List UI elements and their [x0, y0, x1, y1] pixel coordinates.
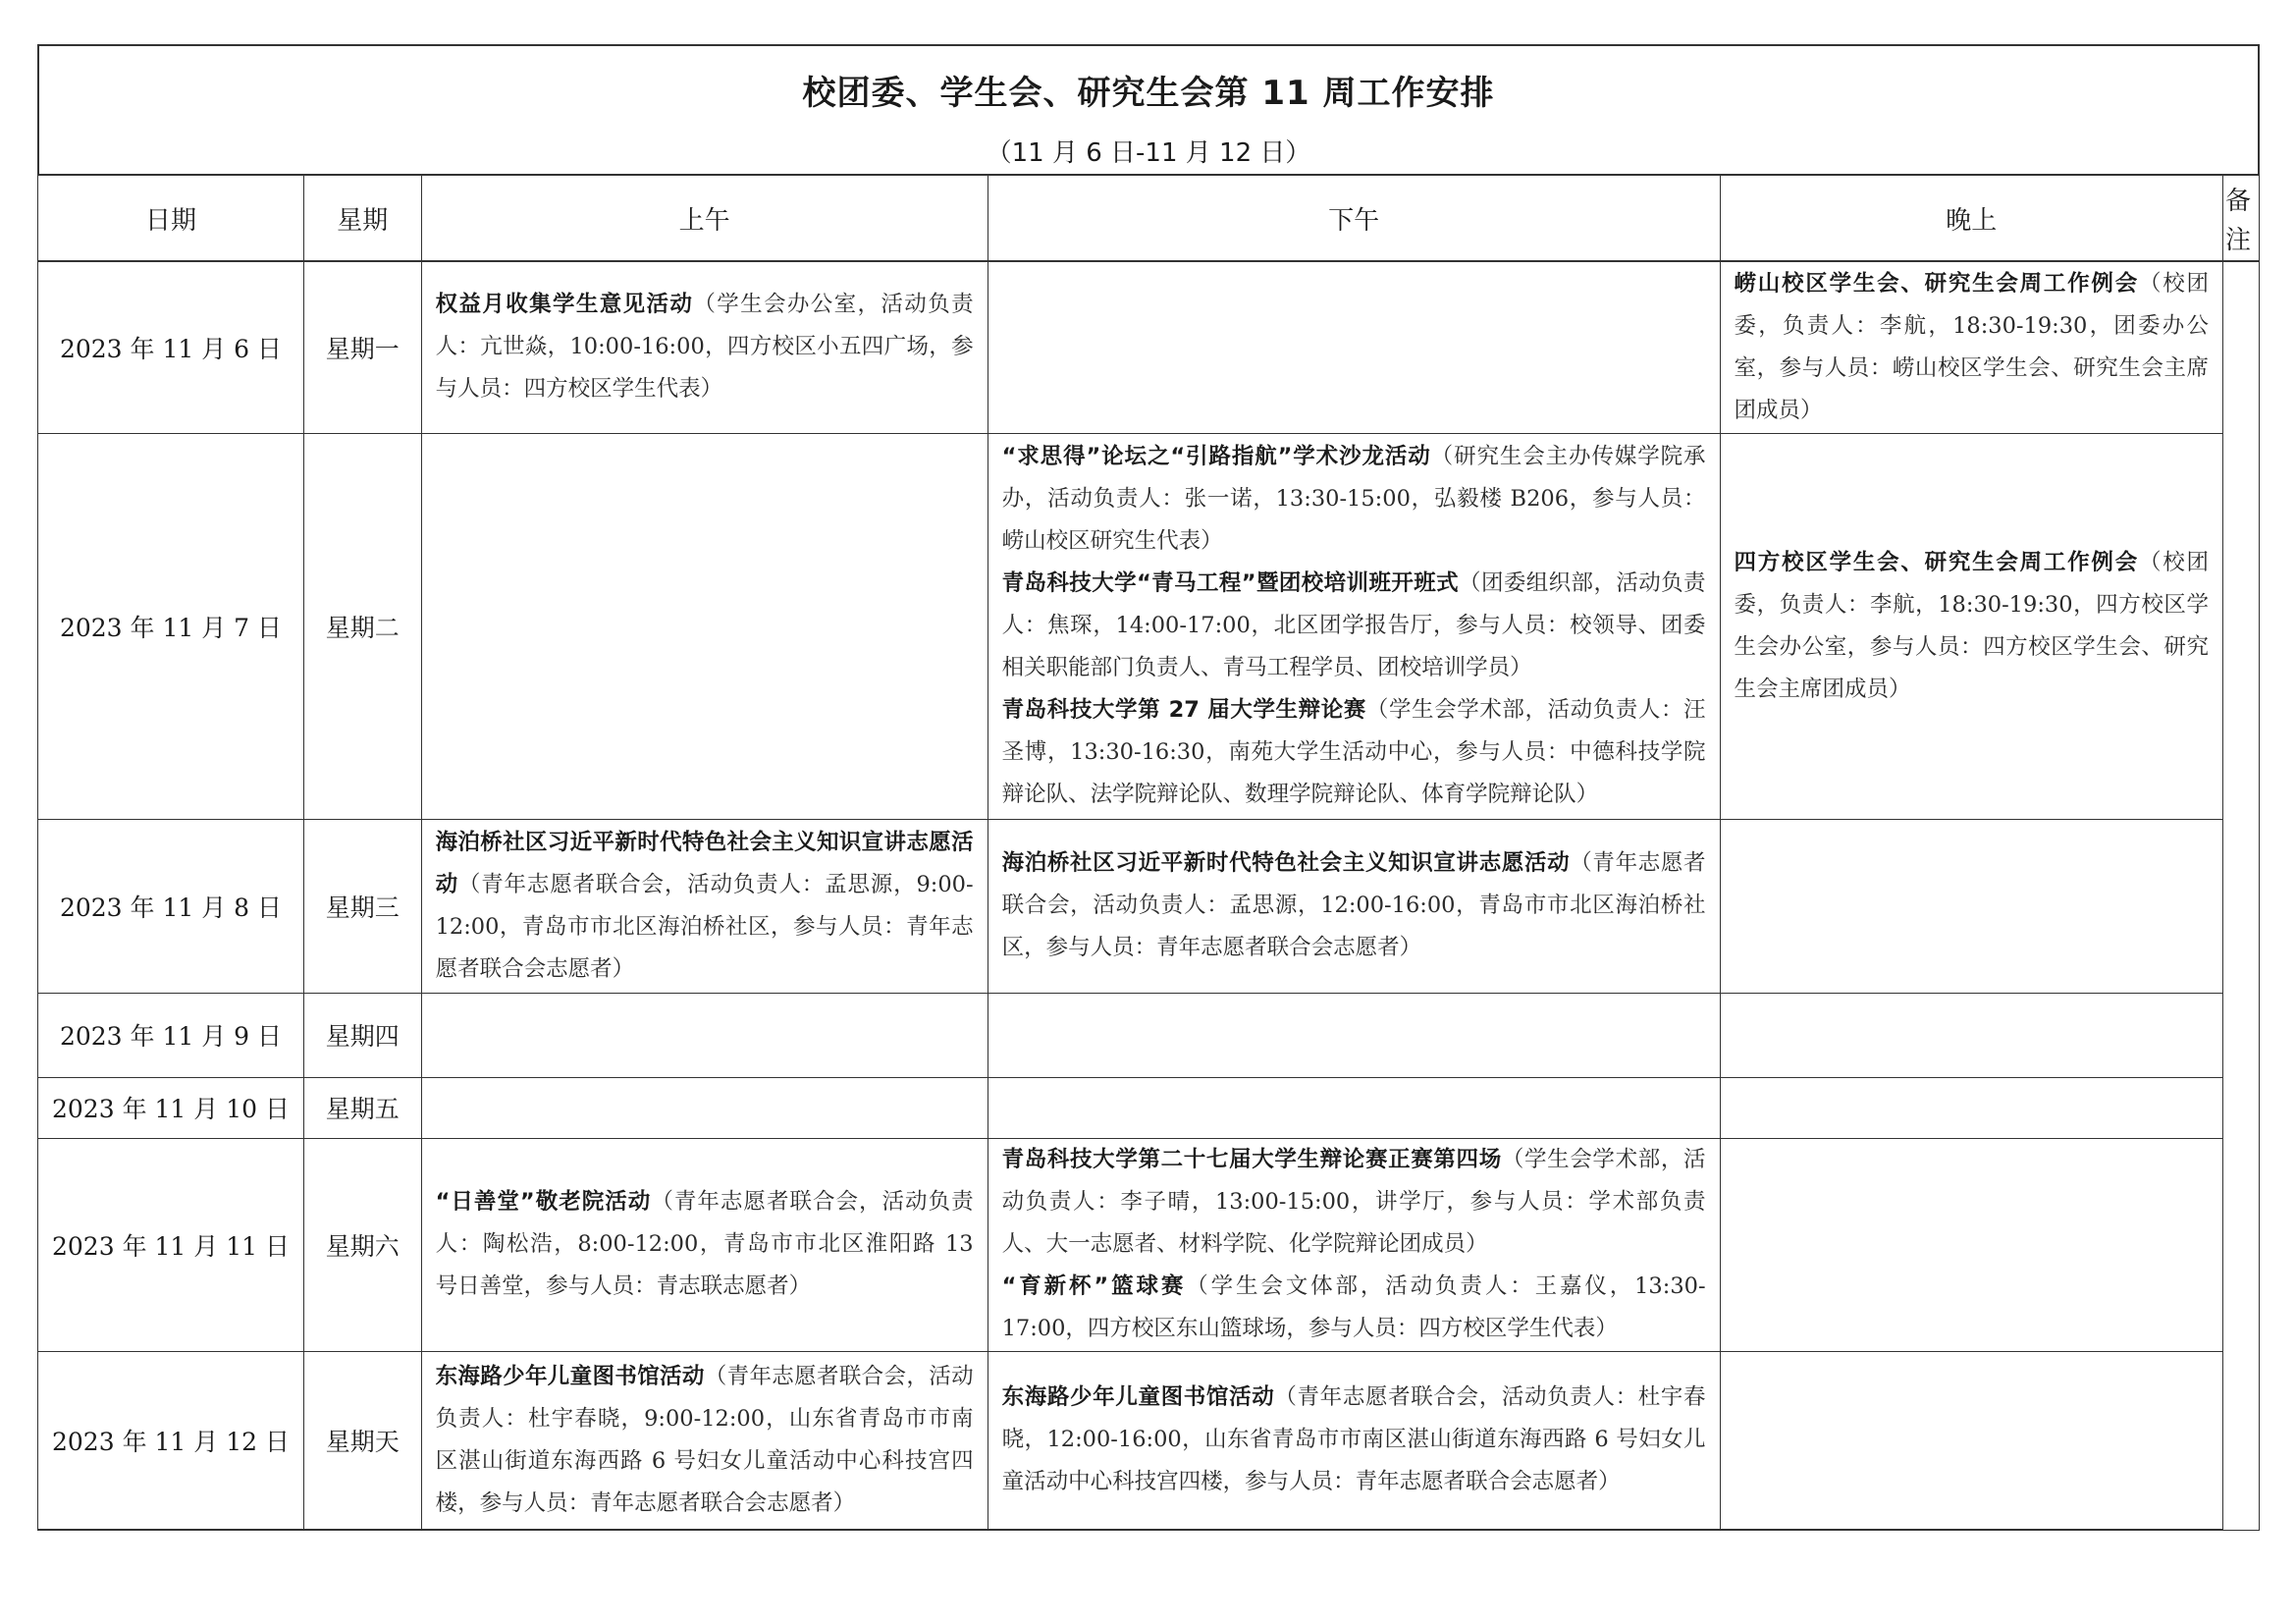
cell-evening: [1720, 1138, 2222, 1351]
activity-title: 青岛科技大学第 27 届大学生辩论赛: [1002, 697, 1366, 723]
activity-title: 东海路少年儿童图书馆活动: [1002, 1384, 1275, 1410]
cell-date: 2023 年 11 月 11 日: [38, 1138, 304, 1351]
activity-title: 海泊桥社区习近平新时代特色社会主义知识宣讲志愿活动: [1002, 850, 1571, 876]
cell-weekday: 星期天: [303, 1351, 421, 1530]
cell-afternoon: “求思得”论坛之“引路指航”学术沙龙活动（研究生会主办传媒学院承办，活动负责人：…: [988, 433, 1720, 819]
cell-date: 2023 年 11 月 10 日: [38, 1077, 304, 1138]
cell-weekday: 星期五: [303, 1077, 421, 1138]
activity-entry: 海泊桥社区习近平新时代特色社会主义知识宣讲志愿活动（青年志愿者联合会，活动负责人…: [1002, 842, 1706, 969]
activity-entry: 海泊桥社区习近平新时代特色社会主义知识宣讲志愿活动（青年志愿者联合会，活动负责人…: [436, 822, 974, 991]
table-row: 2023 年 11 月 8 日星期三海泊桥社区习近平新时代特色社会主义知识宣讲志…: [38, 819, 2260, 993]
activity-entry: 权益月收集学生意见活动（学生会办公室，活动负责人：亢世焱，10:00-16:00…: [436, 284, 974, 410]
title-box: 校团委、学生会、研究生会第 11 周工作安排 （11 月 6 日-11 月 12…: [37, 44, 2260, 174]
activity-entry: “求思得”论坛之“引路指航”学术沙龙活动（研究生会主办传媒学院承办，活动负责人：…: [1002, 436, 1706, 563]
activity-title: 权益月收集学生意见活动: [436, 292, 694, 317]
cell-date: 2023 年 11 月 12 日: [38, 1351, 304, 1530]
header-row: 日期 星期 上午 下午 晚上 备注: [38, 175, 2260, 261]
activity-title: 崂山校区学生会、研究生会周工作例会: [1735, 271, 2139, 297]
table-row: 2023 年 11 月 11 日星期六“日善堂”敬老院活动（青年志愿者联合会，活…: [38, 1138, 2260, 1351]
cell-weekday: 星期六: [303, 1138, 421, 1351]
cell-morning: [421, 1077, 988, 1138]
cell-evening: 四方校区学生会、研究生会周工作例会（校团委，负责人：李航，18:30-19:30…: [1720, 433, 2222, 819]
cell-afternoon: [988, 993, 1720, 1077]
activity-title: 东海路少年儿童图书馆活动: [436, 1364, 705, 1389]
cell-morning: [421, 433, 988, 819]
activity-entry: 青岛科技大学“青马工程”暨团校培训班开班式（团委组织部，活动负责人：焦琛，14:…: [1002, 563, 1706, 689]
cell-date: 2023 年 11 月 9 日: [38, 993, 304, 1077]
cell-morning: “日善堂”敬老院活动（青年志愿者联合会，活动负责人：陶松浩，8:00-12:00…: [421, 1138, 988, 1351]
cell-date: 2023 年 11 月 8 日: [38, 819, 304, 993]
cell-weekday: 星期一: [303, 261, 421, 433]
header-remarks: 备注: [2223, 175, 2260, 261]
cell-evening: [1720, 1077, 2222, 1138]
activity-title: “日善堂”敬老院活动: [436, 1189, 652, 1215]
activity-title: 四方校区学生会、研究生会周工作例会: [1735, 550, 2139, 575]
cell-morning: 权益月收集学生意见活动（学生会办公室，活动负责人：亢世焱，10:00-16:00…: [421, 261, 988, 433]
schedule-table: 日期 星期 上午 下午 晚上 备注 2023 年 11 月 6 日星期一权益月收…: [37, 174, 2260, 1531]
schedule-body: 2023 年 11 月 6 日星期一权益月收集学生意见活动（学生会办公室，活动负…: [38, 261, 2260, 1530]
cell-morning: 海泊桥社区习近平新时代特色社会主义知识宣讲志愿活动（青年志愿者联合会，活动负责人…: [421, 819, 988, 993]
activity-detail: （青年志愿者联合会，活动负责人：孟思源，9:00-12:00，青岛市市北区海泊桥…: [436, 872, 974, 982]
activity-entry: “日善堂”敬老院活动（青年志愿者联合会，活动负责人：陶松浩，8:00-12:00…: [436, 1181, 974, 1308]
activity-entry: 东海路少年儿童图书馆活动（青年志愿者联合会，活动负责人：杜宇春晓，12:00-1…: [1002, 1377, 1706, 1503]
cell-afternoon: 青岛科技大学第二十七届大学生辩论赛正赛第四场（学生会学术部，活动负责人：李子晴，…: [988, 1138, 1720, 1351]
cell-evening: [1720, 1351, 2222, 1530]
activity-entry: 东海路少年儿童图书馆活动（青年志愿者联合会，活动负责人：杜宇春晓，9:00-12…: [436, 1356, 974, 1525]
cell-weekday: 星期二: [303, 433, 421, 819]
header-morning: 上午: [421, 175, 988, 261]
cell-afternoon: 东海路少年儿童图书馆活动（青年志愿者联合会，活动负责人：杜宇春晓，12:00-1…: [988, 1351, 1720, 1530]
activity-entry: “育新杯”篮球赛（学生会文体部，活动负责人：王嘉仪，13:30-17:00，四方…: [1002, 1266, 1706, 1350]
cell-date: 2023 年 11 月 7 日: [38, 433, 304, 819]
cell-evening: [1720, 819, 2222, 993]
header-weekday: 星期: [303, 175, 421, 261]
activity-entry: 四方校区学生会、研究生会周工作例会（校团委，负责人：李航，18:30-19:30…: [1735, 542, 2209, 711]
table-row: 2023 年 11 月 9 日星期四: [38, 993, 2260, 1077]
cell-morning: [421, 993, 988, 1077]
cell-morning: 东海路少年儿童图书馆活动（青年志愿者联合会，活动负责人：杜宇春晓，9:00-12…: [421, 1351, 988, 1530]
cell-afternoon: [988, 1077, 1720, 1138]
table-row: 2023 年 11 月 12 日星期天东海路少年儿童图书馆活动（青年志愿者联合会…: [38, 1351, 2260, 1530]
table-row: 2023 年 11 月 10 日星期五: [38, 1077, 2260, 1138]
table-row: 2023 年 11 月 7 日星期二“求思得”论坛之“引路指航”学术沙龙活动（研…: [38, 433, 2260, 819]
cell-afternoon: 海泊桥社区习近平新时代特色社会主义知识宣讲志愿活动（青年志愿者联合会，活动负责人…: [988, 819, 1720, 993]
activity-entry: 崂山校区学生会、研究生会周工作例会（校团委，负责人：李航，18:30-19:30…: [1735, 263, 2209, 432]
activity-entry: 青岛科技大学第二十七届大学生辩论赛正赛第四场（学生会学术部，活动负责人：李子晴，…: [1002, 1139, 1706, 1266]
activity-title: 青岛科技大学第二十七届大学生辩论赛正赛第四场: [1002, 1147, 1502, 1172]
table-row: 2023 年 11 月 6 日星期一权益月收集学生意见活动（学生会办公室，活动负…: [38, 261, 2260, 433]
cell-evening: [1720, 993, 2222, 1077]
header-evening: 晚上: [1720, 175, 2222, 261]
cell-date: 2023 年 11 月 6 日: [38, 261, 304, 433]
activity-title: 青岛科技大学“青马工程”暨团校培训班开班式: [1002, 570, 1459, 596]
document-subtitle: （11 月 6 日-11 月 12 日）: [39, 133, 2258, 169]
header-date: 日期: [38, 175, 304, 261]
header-afternoon: 下午: [988, 175, 1720, 261]
activity-entry: 青岛科技大学第 27 届大学生辩论赛（学生会学术部，活动负责人：汪圣博，13:3…: [1002, 689, 1706, 816]
cell-remarks: [2223, 261, 2260, 1530]
activity-title: “求思得”论坛之“引路指航”学术沙龙活动: [1002, 444, 1431, 469]
activity-title: “育新杯”篮球赛: [1002, 1273, 1187, 1299]
cell-evening: 崂山校区学生会、研究生会周工作例会（校团委，负责人：李航，18:30-19:30…: [1720, 261, 2222, 433]
cell-weekday: 星期四: [303, 993, 421, 1077]
cell-afternoon: [988, 261, 1720, 433]
document-title: 校团委、学生会、研究生会第 11 周工作安排: [39, 66, 2258, 114]
cell-weekday: 星期三: [303, 819, 421, 993]
